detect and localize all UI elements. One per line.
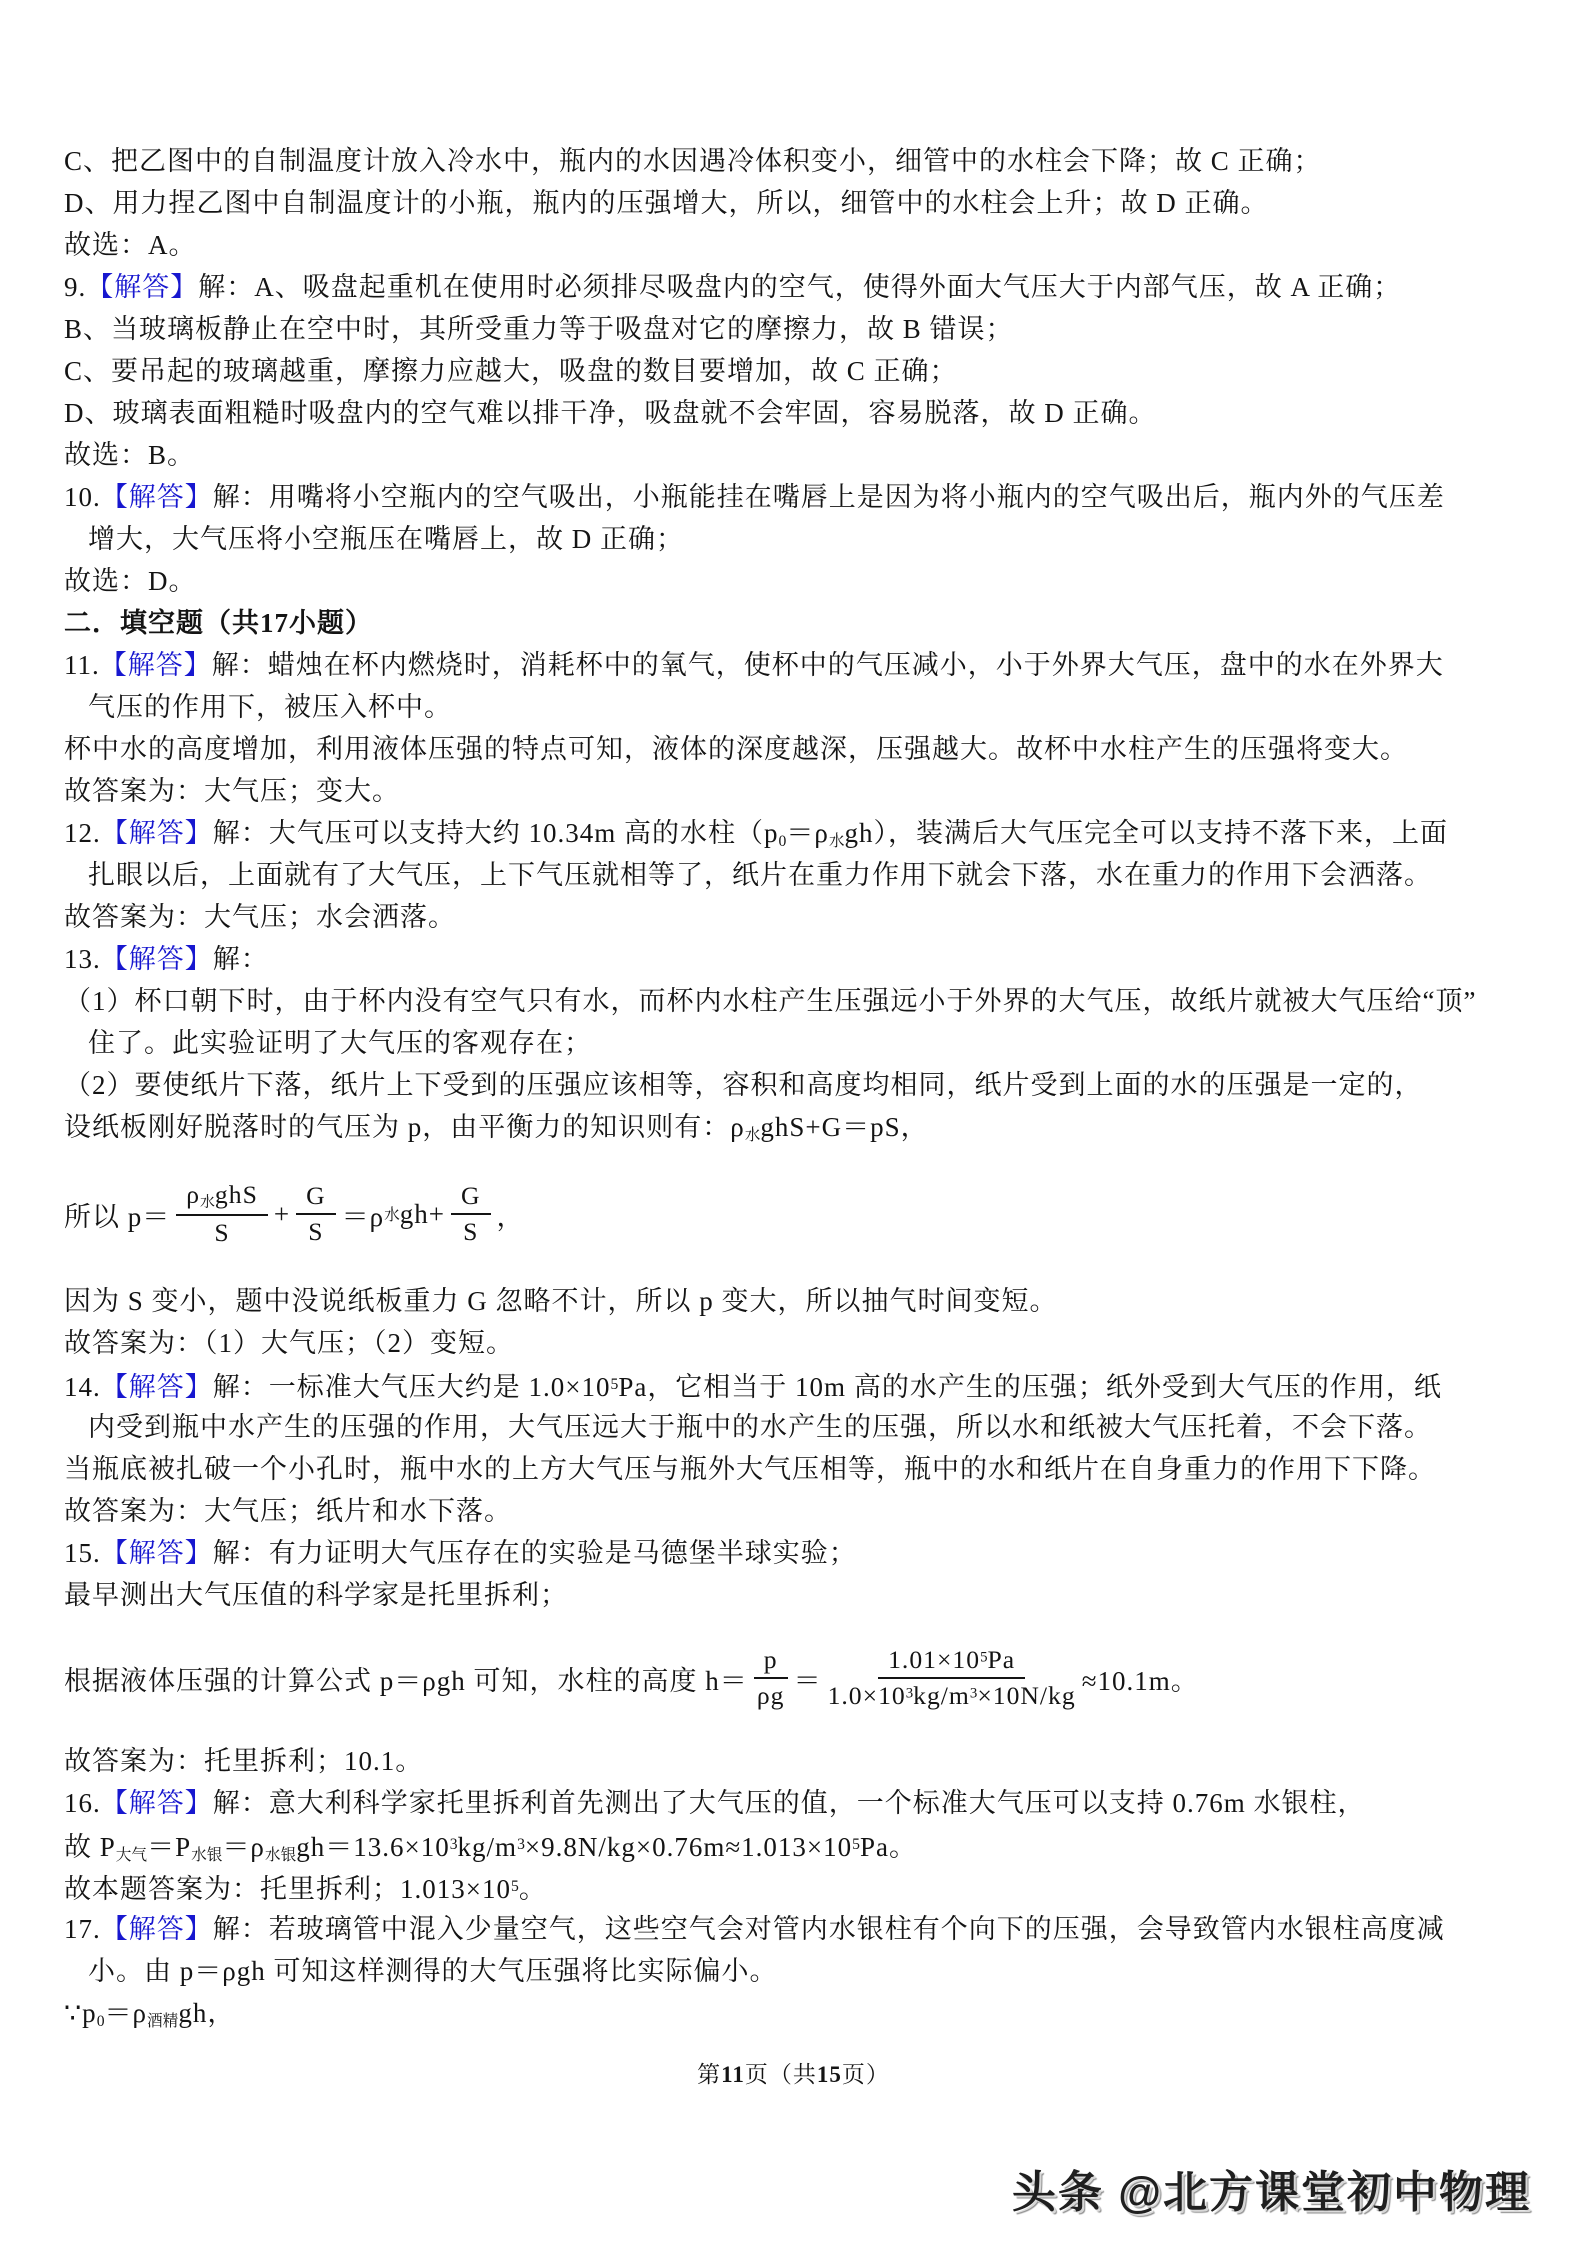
document-line: 故答案为：托里拆利；10.1。 (64, 1740, 1529, 1782)
fraction: GS (451, 1180, 491, 1248)
document-line: 故选：A。 (64, 224, 1529, 266)
document-line: B、当玻璃板静止在空中时，其所受重力等于吸盘对它的摩擦力，故 B 错误； (64, 308, 1529, 350)
document-line: 杯中水的高度增加，利用液体压强的特点可知，液体的深度越深，压强越大。故杯中水柱产… (64, 728, 1529, 770)
document-line: 9.【解答】解：A、吸盘起重机在使用时必须排尽吸盘内的空气，使得外面大气压大于内… (64, 266, 1529, 308)
document-line: （2）要使纸片下落，纸片上下受到的压强应该相等，容积和高度均相同，纸片受到上面的… (64, 1064, 1529, 1106)
document-line: 气压的作用下，被压入杯中。 (64, 686, 1529, 728)
fraction: pρg (754, 1644, 788, 1712)
document-line: 因为 S 变小，题中没说纸板重力 G 忽略不计，所以 p 变大，所以抽气时间变短… (64, 1280, 1529, 1322)
document-line: 故选：D。 (64, 560, 1529, 602)
document-line: 故答案为：大气压；水会洒落。 (64, 896, 1529, 938)
document-line: 12.【解答】解：大气压可以支持大约 10.34m 高的水柱（p0＝ρ水gh），… (64, 812, 1529, 854)
document-line: 故 P大气＝P水银＝ρ水银gh＝13.6×103kg/m3×9.8N/kg×0.… (64, 1824, 1529, 1866)
document-line: 最早测出大气压值的科学家是托里拆利； (64, 1574, 1529, 1616)
section-header: 二．填空题（共17小题） (64, 602, 1529, 644)
document-line: 故答案为：（1）大气压；（2）变短。 (64, 1322, 1529, 1364)
document-line: ∵p0＝ρ酒精gh， (64, 1992, 1529, 2034)
document-line: D、用力捏乙图中自制温度计的小瓶，瓶内的压强增大，所以，细管中的水柱会上升；故 … (64, 182, 1529, 224)
document-line: 设纸板刚好脱落时的气压为 p，由平衡力的知识则有：ρ水ghS+G＝pS， (64, 1106, 1529, 1148)
document-line: 16.【解答】解：意大利科学家托里拆利首先测出了大气压的值，一个标准大气压可以支… (64, 1782, 1529, 1824)
fraction: 1.01×105Pa1.0×103kg/m3×10N/kg (828, 1644, 1076, 1712)
document-line: 故选：B。 (64, 434, 1529, 476)
document-line: 17.【解答】解：若玻璃管中混入少量空气，这些空气会对管内水银柱有个向下的压强，… (64, 1908, 1529, 1950)
document-line: C、要吊起的玻璃越重，摩擦力应越大，吸盘的数目要增加，故 C 正确； (64, 350, 1529, 392)
watermark: 头条 @北方课堂初中物理 (1012, 2156, 1531, 2220)
document-line: 内受到瓶中水产生的压强的作用，大气压远大于瓶中的水产生的压强，所以水和纸被大气压… (64, 1406, 1529, 1448)
fraction: GS (296, 1180, 336, 1248)
document-line: 住了。此实验证明了大气压的客观存在； (64, 1022, 1529, 1064)
document-line: D、玻璃表面粗糙时吸盘内的空气难以排干净，吸盘就不会牢固，容易脱落，故 D 正确… (64, 392, 1529, 434)
document-line: 扎眼以后，上面就有了大气压，上下气压就相等了，纸片在重力作用下就会下落，水在重力… (64, 854, 1529, 896)
formula-line: 根据液体压强的计算公式 p＝ρgh 可知，水柱的高度 h＝pρg＝1.01×10… (64, 1616, 1529, 1740)
document-line: 11.【解答】解：蜡烛在杯内燃烧时，消耗杯中的氧气，使杯中的气压减小，小于外界大… (64, 644, 1529, 686)
document-line: 小。由 p＝ρgh 可知这样测得的大气压强将比实际偏小。 (64, 1950, 1529, 1992)
document-line: 故答案为：大气压；纸片和水下落。 (64, 1490, 1529, 1532)
page-footer: 第11页（共15页） (0, 2056, 1587, 2089)
document-line: 15.【解答】解：有力证明大气压存在的实验是马德堡半球实验； (64, 1532, 1529, 1574)
exam-answer-page: { "page": { "watermark": "头条 @北方课堂初中物理",… (0, 0, 1587, 2245)
document-line: 14.【解答】解：一标准大气压大约是 1.0×105Pa，它相当于 10m 高的… (64, 1364, 1529, 1406)
fraction: ρ水ghSS (176, 1179, 268, 1248)
document-body: C、把乙图中的自制温度计放入冷水中，瓶内的水因遇冷体积变小，细管中的水柱会下降；… (64, 140, 1529, 2034)
document-line: （1）杯口朝下时，由于杯内没有空气只有水，而杯内水柱产生压强远小于外界的大气压，… (64, 980, 1529, 1022)
document-line: 增大，大气压将小空瓶压在嘴唇上，故 D 正确； (64, 518, 1529, 560)
document-line: 10.【解答】解：用嘴将小空瓶内的空气吸出，小瓶能挂在嘴唇上是因为将小瓶内的空气… (64, 476, 1529, 518)
document-line: C、把乙图中的自制温度计放入冷水中，瓶内的水因遇冷体积变小，细管中的水柱会下降；… (64, 140, 1529, 182)
document-line: 故本题答案为：托里拆利；1.013×105。 (64, 1866, 1529, 1908)
formula-line: 所以 p＝ρ水ghSS+GS＝ρ水gh+GS， (64, 1148, 1529, 1280)
document-line: 当瓶底被扎破一个小孔时，瓶中水的上方大气压与瓶外大气压相等，瓶中的水和纸片在自身… (64, 1448, 1529, 1490)
document-line: 13.【解答】解： (64, 938, 1529, 980)
document-line: 故答案为：大气压；变大。 (64, 770, 1529, 812)
